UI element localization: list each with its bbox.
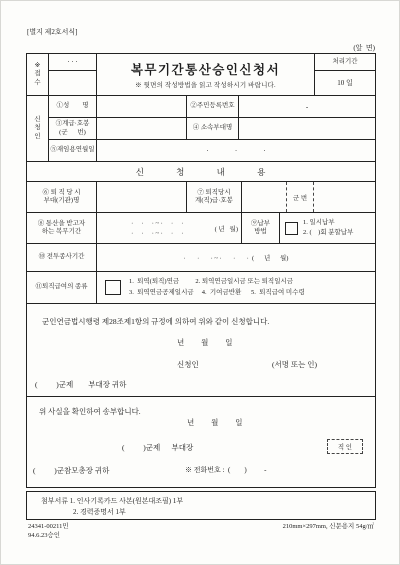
- title-block: 복무기간통산승인신청서 ※ 뒷면의 작성방법을 읽고 작성하시기 바랍니다.: [97, 54, 315, 95]
- period-dots-line1: · · · ~ · · ·: [100, 220, 215, 227]
- retire-rank-label: ⑦ 퇴직당시 계(직)급·호봉: [187, 182, 242, 212]
- attachment-line1: 첨부서류 1. 인사기록카드 사본(원본대조필) 1부: [41, 496, 183, 506]
- declaration-block: 군인연금법시행령 제28조제1항의 규정에 의하여 위와 같이 신청합니다. 년…: [27, 304, 375, 397]
- application-content-header: 신 청 내 용: [27, 162, 375, 182]
- rrn-label: ②주민등록번호: [187, 96, 239, 117]
- unit-label: ④ 소속부대명: [187, 118, 239, 139]
- receipt-number-field[interactable]: [49, 71, 96, 95]
- payment-option-installments[interactable]: 2. ( )회 분할납부: [303, 228, 353, 238]
- applicant-fields: ①성 명 ②주민등록번호 - ③계급·호봉 (군 번) ④ 소속부대명 ⑤재임용…: [49, 96, 375, 161]
- form-reference: [별지 제2호서식]: [27, 27, 77, 37]
- receipt-fields: · · ·: [49, 54, 97, 95]
- form-subtitle: ※ 뒷면의 작성방법을 읽고 작성하시기 바랍니다.: [135, 80, 276, 89]
- main-form-table: ※ 접 수 · · · 복무기간통산승인신청서 ※ 뒷면의 작성방법을 읽고 작…: [26, 53, 376, 488]
- declaration-date-line[interactable]: 년 월 일: [177, 337, 233, 348]
- name-label: ①성 명: [49, 96, 97, 117]
- unit-field[interactable]: [239, 118, 375, 139]
- reappointment-date-label: ⑤재임용연월일: [49, 140, 97, 161]
- confirmation-addressee: ( )군참모총장 귀하: [33, 465, 109, 476]
- scanned-form-page: [별지 제2호서식] (앞 면) ※ 접 수 · · · 복무기간통산승인신청서…: [0, 0, 400, 565]
- benefit-type-row: ⑪퇴직급여의 종류 1. 퇴역(퇴직)연금 2. 퇴역연금일시금 또는 퇴직일시…: [27, 272, 375, 304]
- retirement-info-row: ⑥ 퇴 직 당 시 부대(기관)명 ⑦ 퇴직당시 계(직)급·호봉 군 번: [27, 182, 375, 213]
- rank-field[interactable]: [97, 118, 187, 139]
- confirmation-date-line[interactable]: 년 월 일: [187, 417, 243, 428]
- rank-label: ③계급·호봉 (군 번): [49, 118, 97, 139]
- footer-left: 24341-00211민 94.6.23승인: [28, 522, 69, 540]
- name-field[interactable]: [97, 96, 187, 117]
- benefit-type-field: 1. 퇴역(퇴직)연금 2. 퇴역연금일시금 또는 퇴직일시금 3. 퇴역연금공…: [97, 272, 375, 303]
- declaration-addressee: ( )군제 부대장 귀하: [35, 379, 126, 390]
- signature-note: (서명 또는 인): [272, 359, 317, 370]
- combat-period-field[interactable]: · · · ~ · · · ( 년 월): [97, 244, 375, 271]
- form-document-number: 24341-00211민: [28, 522, 69, 531]
- applicant-side-label: 신 청 인: [27, 96, 49, 161]
- retire-unit-label: ⑥ 퇴 직 당 시 부대(기관)명: [27, 182, 97, 212]
- aggregation-period-label: ⑧ 통산을 받고자 하는 복무기간: [27, 213, 97, 243]
- official-seal-box: 직 인: [327, 439, 363, 454]
- page-side-label: (앞 면): [353, 43, 375, 53]
- attachment-line2: 2. 경력증명서 1부: [73, 507, 126, 517]
- payment-method-label: ⑨납부 방법: [242, 213, 280, 243]
- retire-unit-field[interactable]: [97, 182, 187, 212]
- attachments-box: 첨부서류 1. 인사기록카드 사본(원본대조필) 1부 2. 경력증명서 1부: [26, 491, 376, 520]
- processing-period-label: 처리기간: [315, 54, 375, 71]
- rrn-field[interactable]: -: [239, 96, 375, 117]
- confirmation-block: 위 사실을 확인하여 송부합니다. 년 월 일 ( )군제 부대장 직 인 ( …: [27, 397, 375, 489]
- reappointment-date-field[interactable]: · · ·: [97, 140, 375, 161]
- period-unit-hint: ( 년 월): [215, 224, 238, 233]
- form-title: 복무기간통산승인신청서: [131, 60, 280, 78]
- combat-period-label: ⑩ 전투종사기간: [27, 244, 97, 271]
- benefit-type-checkbox[interactable]: [105, 280, 121, 295]
- payment-method-checkbox[interactable]: [285, 222, 298, 235]
- processing-period-value: 10 일: [315, 71, 375, 95]
- benefit-options-line2[interactable]: 3. 퇴역연금공제일시금 4. 기여금반환 5. 퇴직급여 미수령: [129, 288, 305, 298]
- aggregation-period-field[interactable]: · · · ~ · · · · · · ~ · · · ( 년 월): [97, 213, 242, 243]
- payment-option-lump-sum[interactable]: 1. 일시납부: [303, 218, 353, 228]
- declaration-applicant-label: 신청인: [177, 359, 199, 370]
- combat-service-row: ⑩ 전투종사기간 · · · ~ · · · ( 년 월): [27, 244, 375, 272]
- applicant-section: 신 청 인 ①성 명 ②주민등록번호 - ③계급·호봉 (군 번) ④ 소속부대…: [27, 96, 375, 162]
- receipt-date-field[interactable]: · · ·: [49, 54, 96, 71]
- benefit-options-line1[interactable]: 1. 퇴역(퇴직)연금 2. 퇴역연금일시금 또는 퇴직일시금: [129, 277, 305, 287]
- form-header-row: ※ 접 수 · · · 복무기간통산승인신청서 ※ 뒷면의 작성방법을 읽고 작…: [27, 54, 375, 96]
- application-content-title: 신 청 내 용: [27, 162, 375, 181]
- benefit-type-label: ⑪퇴직급여의 종류: [27, 272, 97, 303]
- declaration-statement: 군인연금법시행령 제28조제1항의 규정에 의하여 위와 같이 신청합니다.: [42, 316, 269, 327]
- processing-period-block: 처리기간 10 일: [315, 54, 375, 95]
- phone-number-field[interactable]: ※ 전화번호 : ( ) -: [185, 465, 267, 475]
- receipt-stamp-label: ※ 접 수: [27, 54, 49, 95]
- payment-method-field: 1. 일시납부 2. ( )회 분할납부: [280, 213, 375, 243]
- paper-spec: 210mm×297mm, 신문용지 54g/㎡: [283, 522, 374, 531]
- military-number-label: 군 번: [286, 182, 314, 212]
- form-approval-date: 94.6.23승인: [28, 531, 69, 540]
- confirmation-commander-line: ( )군제 부대장: [122, 442, 193, 453]
- military-number-field[interactable]: 군 번: [242, 182, 375, 212]
- confirmation-statement: 위 사실을 확인하여 송부합니다.: [39, 406, 141, 417]
- period-dots-line2: · · · ~ · · ·: [100, 230, 215, 237]
- service-period-row: ⑧ 통산을 받고자 하는 복무기간 · · · ~ · · · · · · ~ …: [27, 213, 375, 244]
